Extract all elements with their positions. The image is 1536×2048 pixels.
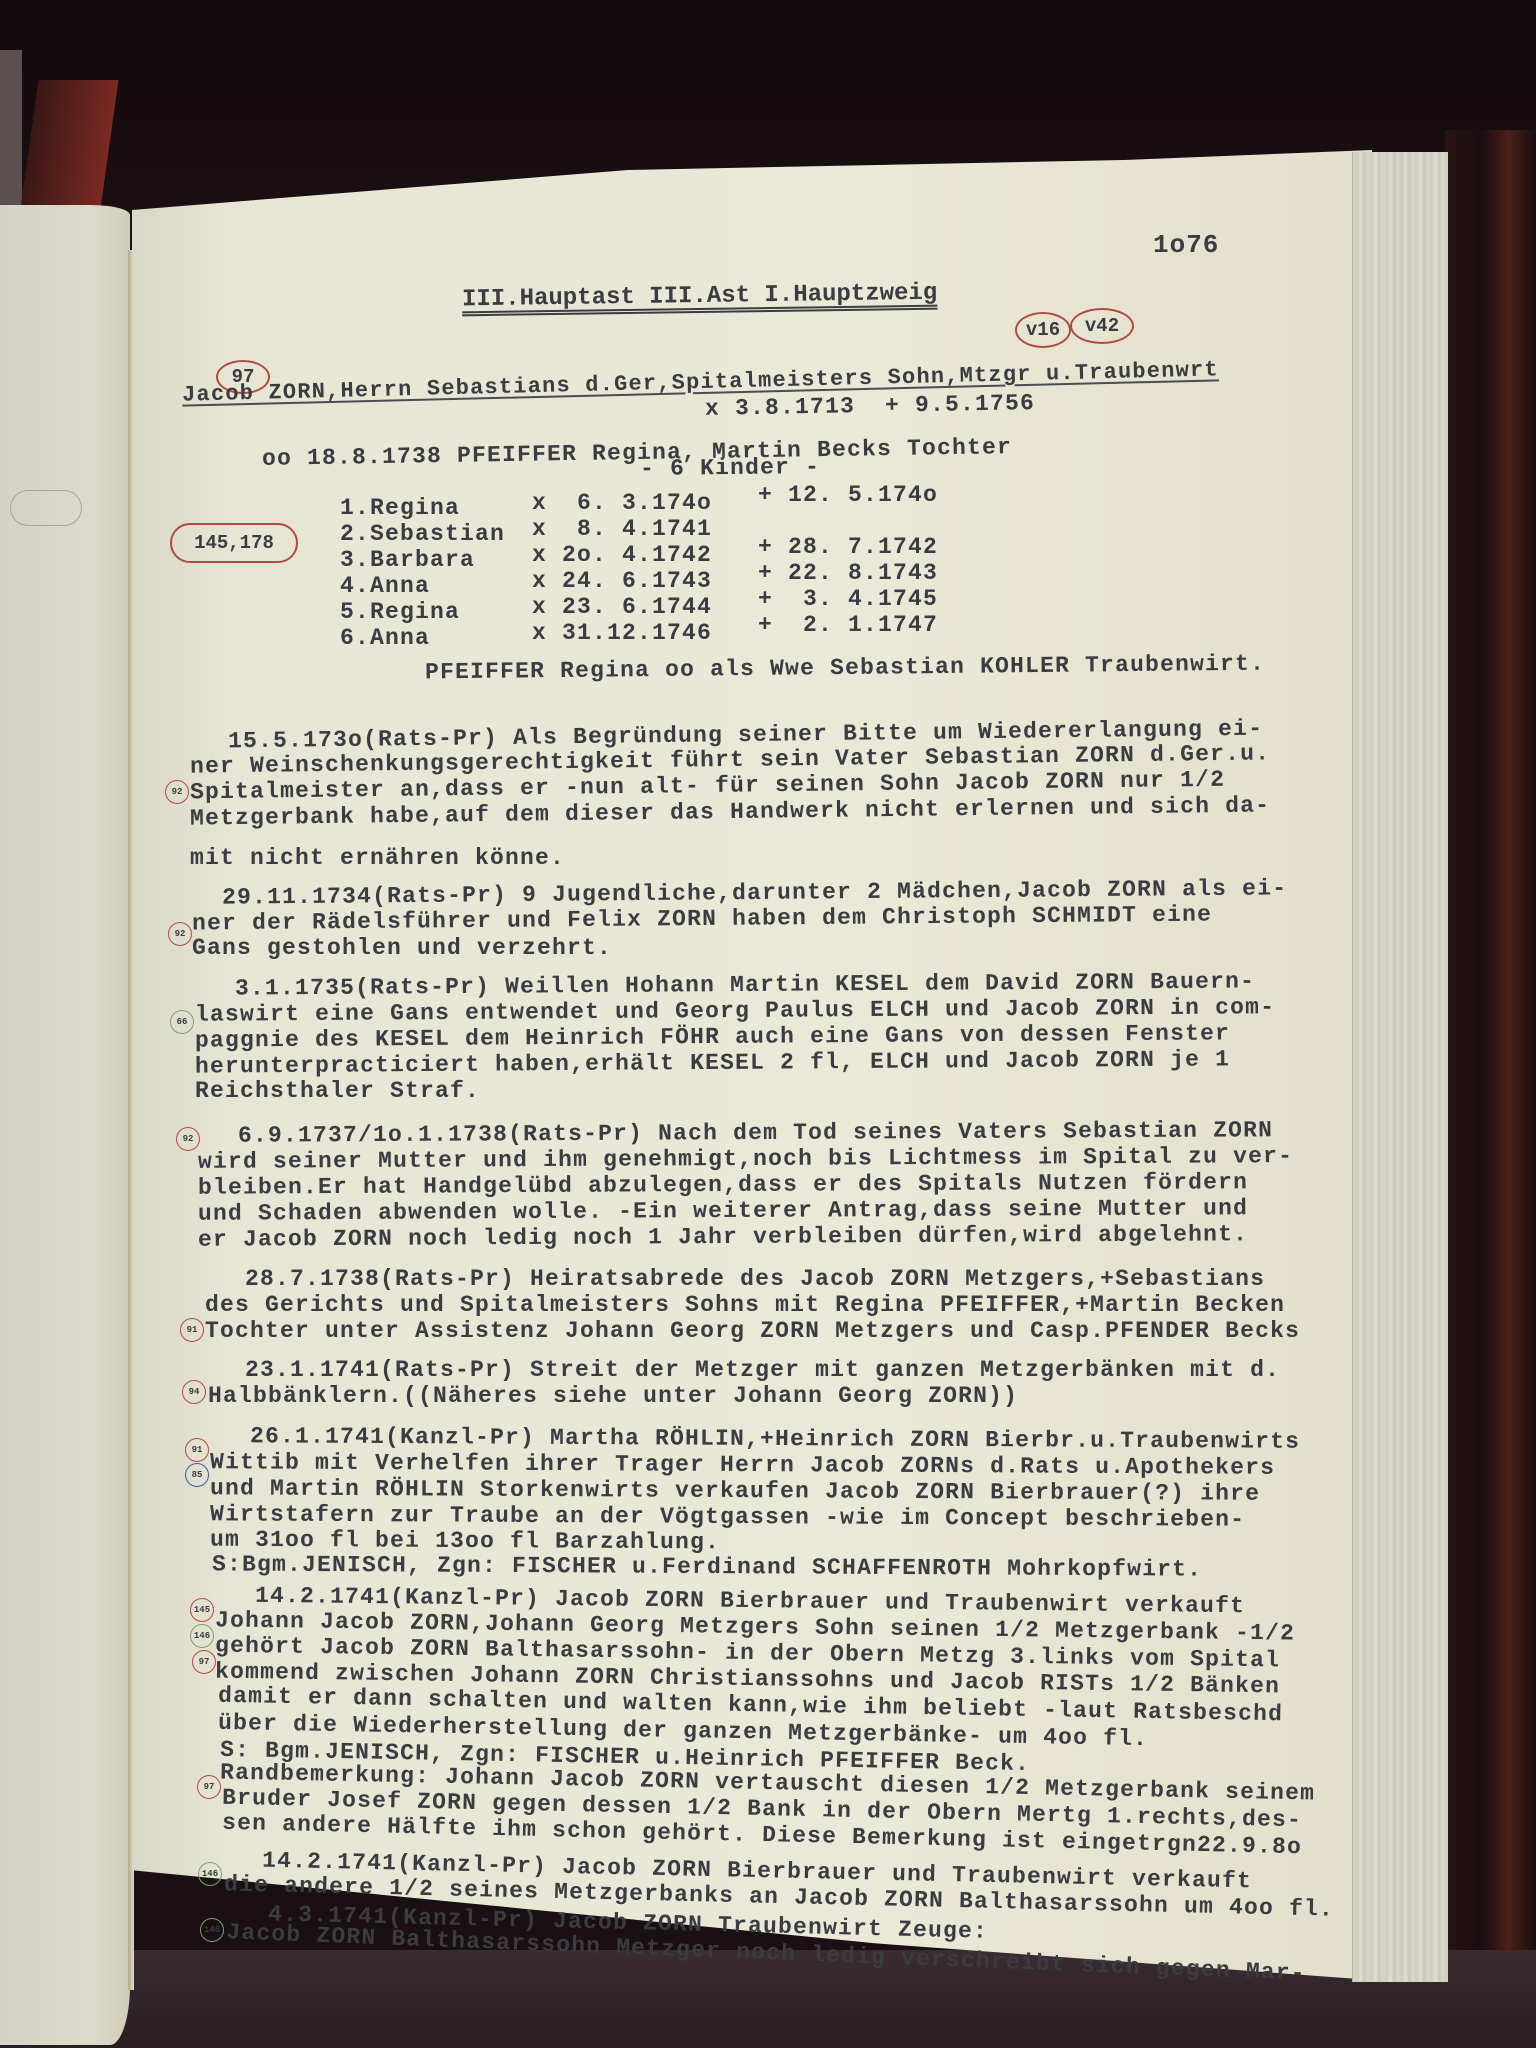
child-born: x 2o. 4.1742 (532, 542, 712, 568)
page-content: 1o76 III.Hauptast III.Ast I.Hauptzweig v… (0, 0, 1536, 2048)
margin-ref-icon: 91 (180, 1318, 204, 1342)
child-born: x 23. 6.1744 (532, 594, 712, 620)
widow-note: PFEIFFER Regina oo als Wwe Sebastian KOH… (425, 651, 1265, 686)
child-name: 6.Anna (340, 625, 430, 651)
marriage-line: oo 18.8.1738 PFEIFFER Regina, Martin Bec… (262, 434, 1012, 472)
entry-line: Halbbänklern.((Näheres siehe unter Johan… (208, 1383, 1018, 1409)
margin-ref-icon: 92 (176, 1127, 200, 1151)
child-name: 5.Regina (340, 599, 460, 625)
margin-ref-icon: 145 (190, 1598, 214, 1622)
child-died: + 28. 7.1742 (758, 534, 938, 560)
child-born: x 24. 6.1743 (532, 568, 712, 594)
margin-ref-icon: 97 (197, 1775, 221, 1799)
entry-line: des Gerichts und Spitalmeisters Sohns mi… (205, 1292, 1285, 1318)
margin-ref-icon: 94 (182, 1380, 206, 1404)
child-name: 1.Regina (340, 495, 460, 521)
circled-ref-v42: v42 (1070, 308, 1134, 344)
margin-ref-icon: 146 (190, 1624, 214, 1648)
section-heading: III.Hauptast III.Ast I.Hauptzweig (462, 280, 938, 314)
circled-ref-v16: v16 (1015, 312, 1071, 348)
margin-ref-icon: 92 (165, 780, 189, 804)
child-born: x 31.12.1746 (532, 620, 712, 646)
entry-line: 28.7.1738(Rats-Pr) Heiratsabrede des Jac… (245, 1266, 1265, 1292)
margin-ref-icon: 146 (198, 1862, 222, 1886)
circled-children-ref: 145,178 (170, 523, 298, 563)
entry-line: mit nicht ernähren könne. (190, 845, 565, 871)
person-headline: Jacob ZORN,Herrn Sebastians d.Ger,Spital… (182, 357, 1219, 408)
child-died: + 2. 1.1747 (758, 612, 938, 638)
children-count: - 6 Kinder - (640, 454, 820, 482)
child-died: + 22. 8.1743 (758, 560, 938, 586)
child-name: 2.Sebastian (340, 521, 505, 547)
child-name: 4.Anna (340, 573, 430, 599)
entry-line: S:Bgm.JENISCH, Zgn: FISCHER u.Ferdinand … (212, 1551, 1202, 1582)
margin-ref-icon: 66 (170, 1010, 194, 1034)
child-name: 3.Barbara (340, 547, 475, 573)
child-born: x 8. 4.1741 (532, 516, 712, 542)
margin-ref-icon: 146 (200, 1918, 224, 1942)
entry-line: Reichsthaler Straf. (195, 1078, 480, 1104)
margin-ref-icon: 97 (192, 1650, 216, 1674)
entry-line: Gans gestohlen und verzehrt. (192, 935, 612, 961)
margin-ref-icon: 85 (185, 1463, 209, 1487)
margin-ref-icon: 92 (168, 922, 192, 946)
child-died: + 3. 4.1745 (758, 586, 938, 612)
margin-ref-icon: 91 (185, 1438, 209, 1462)
entry-line: Tochter unter Assistenz Johann Georg ZOR… (205, 1318, 1300, 1344)
person-dates: x 3.8.1713 + 9.5.1756 (705, 390, 1035, 422)
page-number: 1o76 (1153, 230, 1219, 260)
entry-line: er Jacob ZORN noch ledig noch 1 Jahr ver… (198, 1221, 1248, 1252)
child-born: x 6. 3.174o (532, 490, 712, 516)
child-died: + 12. 5.174o (758, 482, 938, 508)
entry-line: 23.1.1741(Rats-Pr) Streit der Metzger mi… (245, 1357, 1280, 1383)
